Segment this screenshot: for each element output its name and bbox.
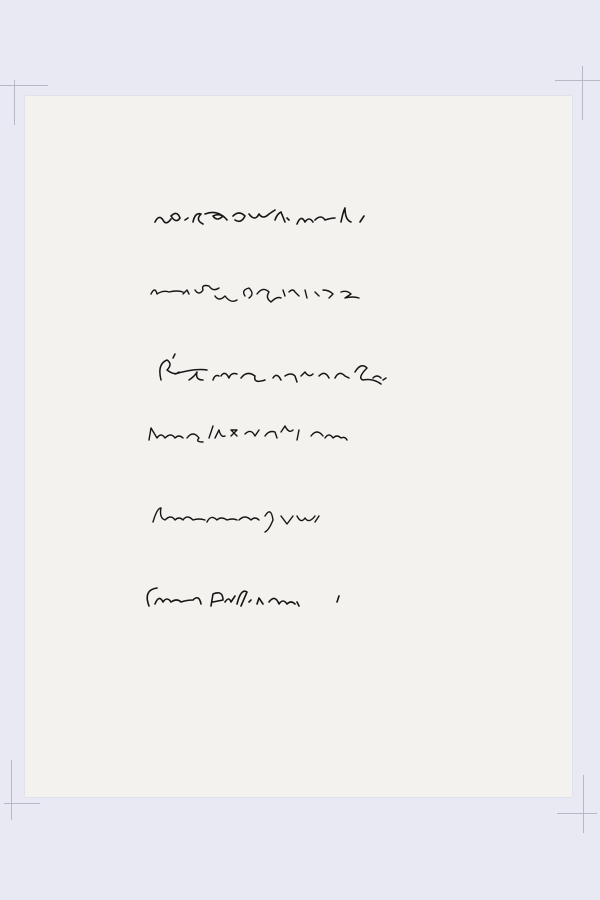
crop-mark-top-left-v: [14, 80, 15, 125]
crop-mark-bottom-right-v: [583, 775, 584, 833]
crop-mark-top-left-h: [0, 85, 48, 86]
crop-mark-top-right-v: [582, 66, 583, 120]
handwriting-line-1: [155, 208, 364, 224]
handwriting-line-3: [160, 354, 386, 384]
crop-mark-bottom-left-v: [11, 760, 12, 820]
crop-mark-bottom-left-h: [4, 803, 40, 804]
crop-mark-bottom-right-h: [557, 813, 597, 814]
handwriting-line-6: [147, 588, 339, 606]
handwriting-line-5: [153, 508, 319, 532]
handwriting-area: [25, 96, 572, 797]
paper-sheet: Photograph of an off-white sheet of pape…: [25, 96, 572, 797]
handwriting-line-4: [149, 426, 347, 442]
handwriting-line-2: [151, 286, 359, 303]
crop-mark-top-right-h: [555, 80, 600, 81]
